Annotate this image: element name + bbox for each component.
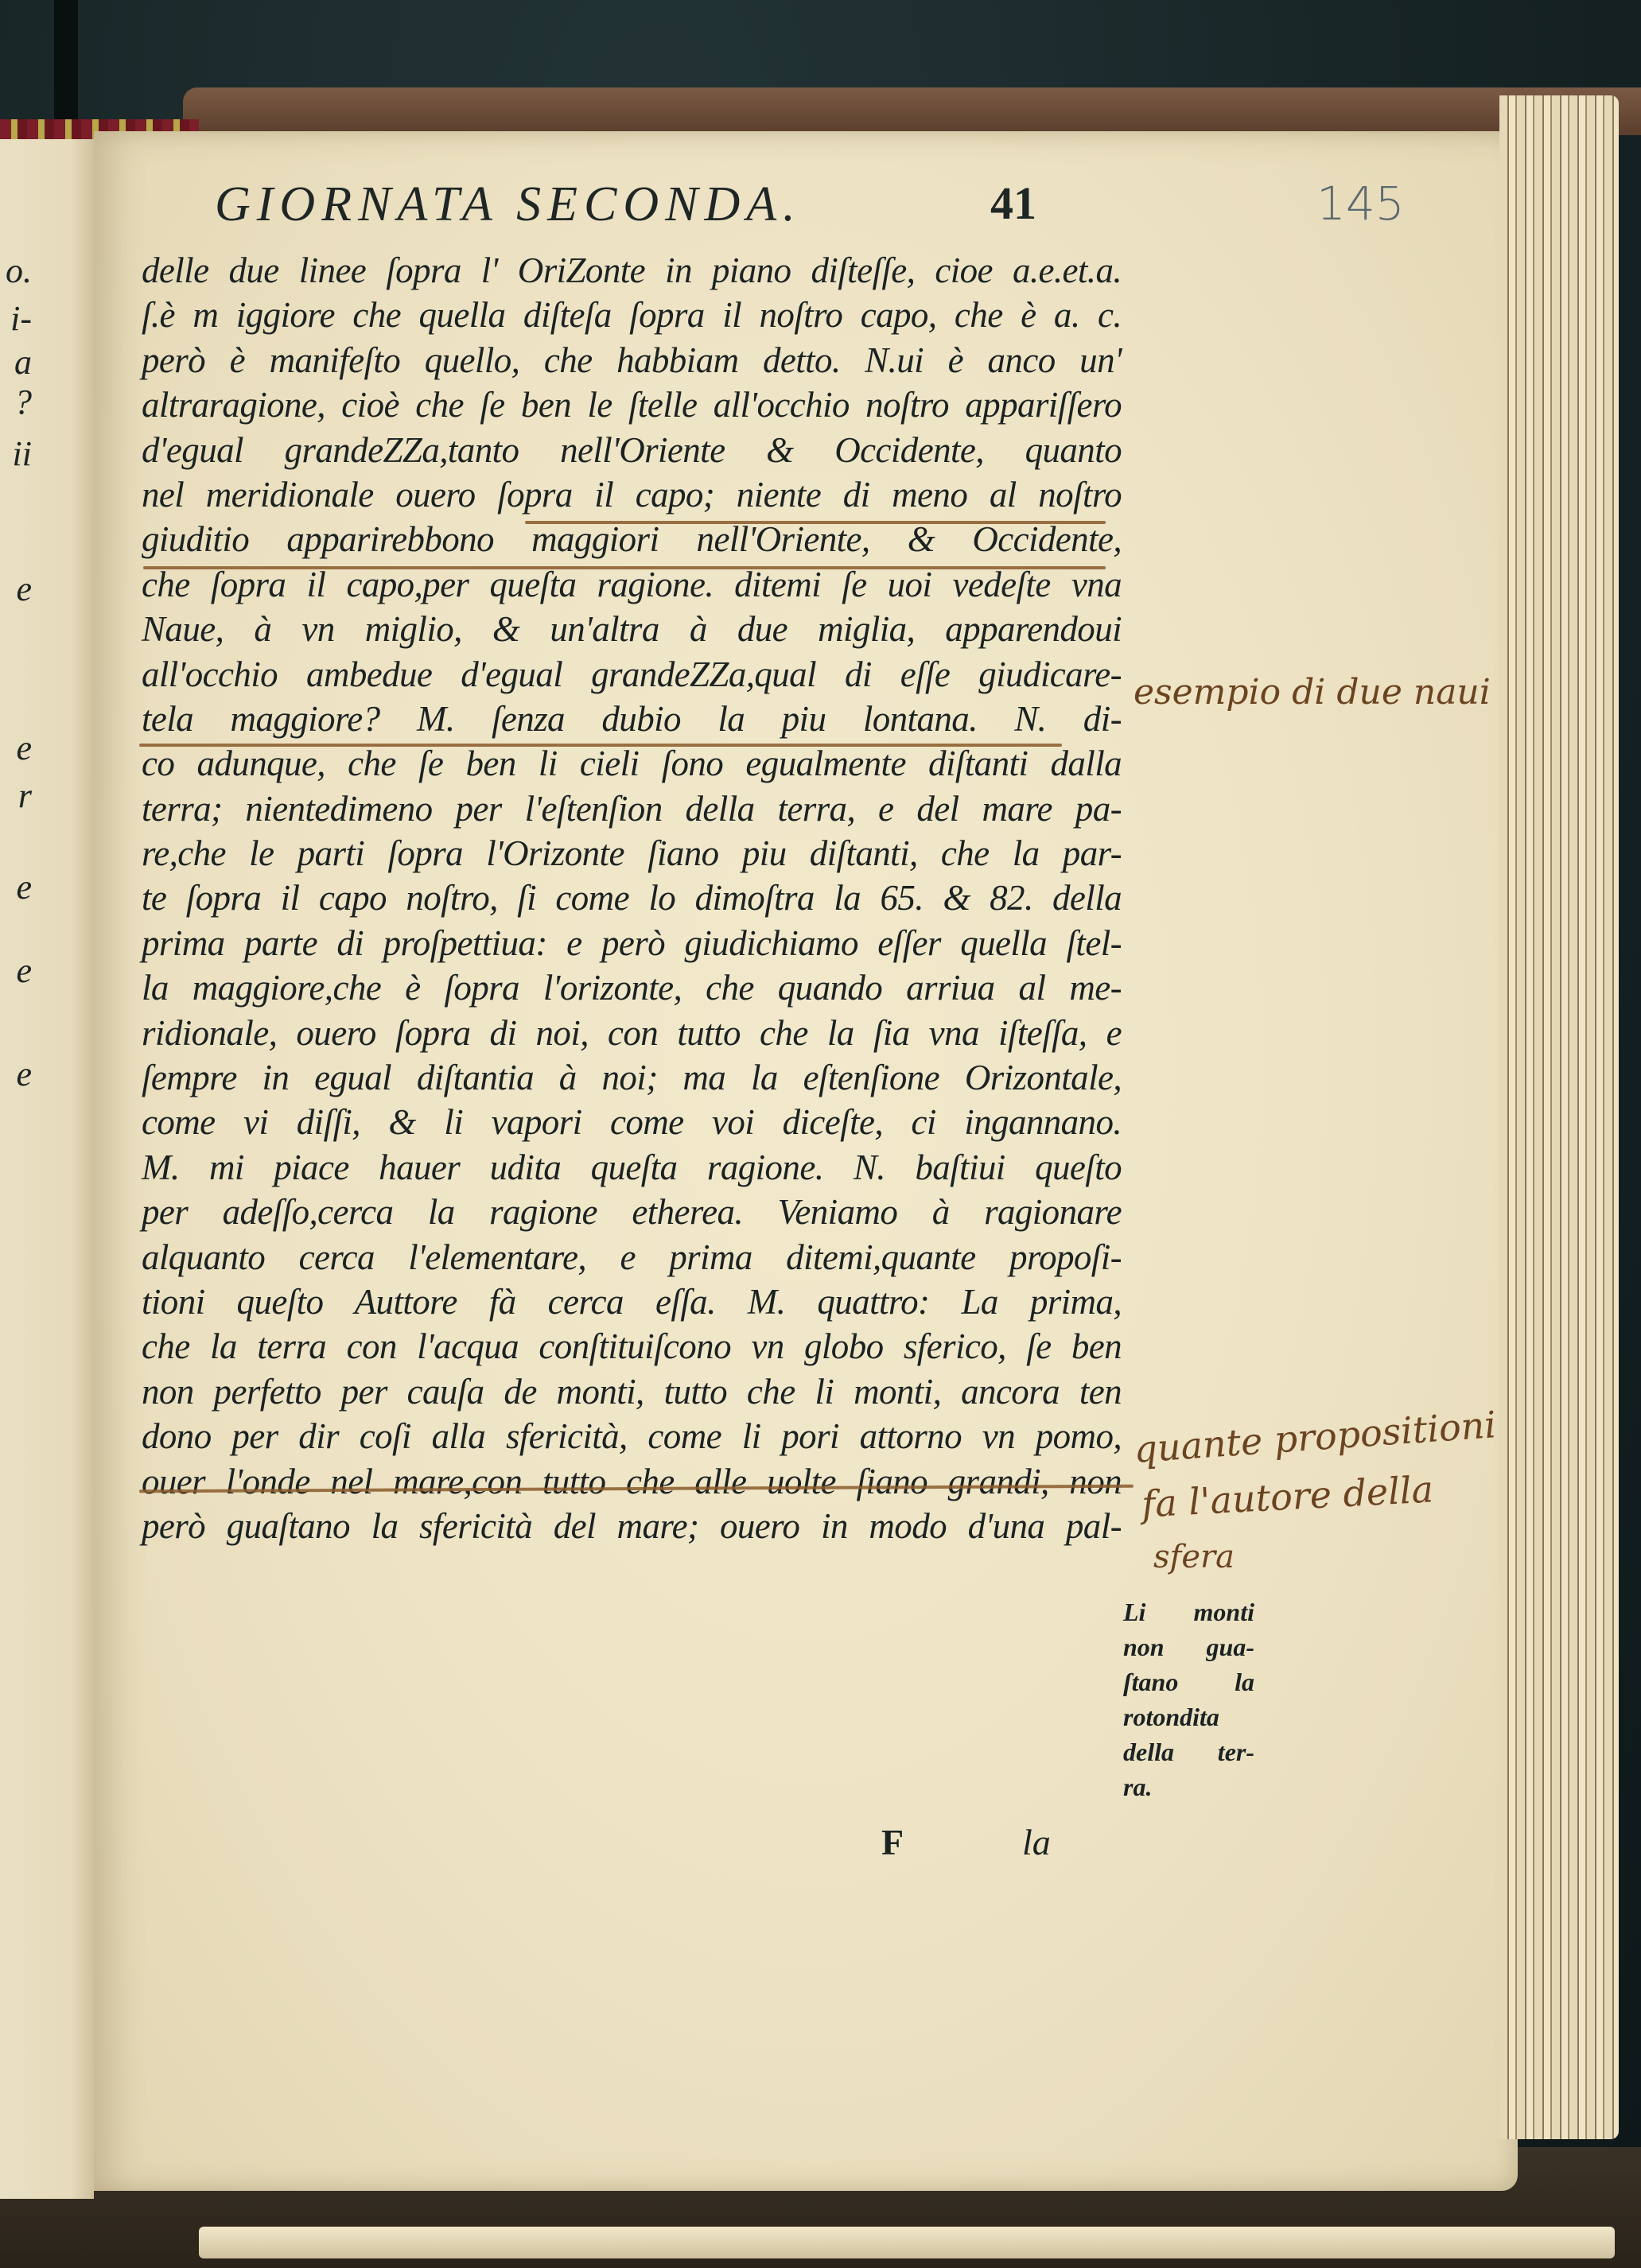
left-fragment: e — [0, 569, 32, 609]
gloss-line: della ter- — [1123, 1734, 1254, 1769]
gloss-line: rotondita — [1123, 1699, 1254, 1734]
text-line: però è manifeſto quello, che habbiam det… — [142, 338, 1122, 383]
text-line: però guaſtano la sfericità del mare; oue… — [142, 1504, 1122, 1548]
text-line: delle due linee ſopra l' OriZonte in pia… — [142, 248, 1122, 293]
left-fragment: i- — [0, 298, 32, 339]
text-line: te ſopra il capo noſtro, ſi come lo dimo… — [142, 876, 1122, 920]
body-text: delle due linee ſopra l' OriZonte in pia… — [142, 248, 1122, 1548]
text-line: nel meridionale ouero ſopra il capo; nie… — [142, 472, 1122, 517]
lower-leaves — [199, 2227, 1615, 2258]
left-fragment: a — [0, 342, 32, 383]
text-line: Naue, à vn miglio, & un'altra à due migl… — [142, 607, 1122, 651]
manuscript-folio-number: 145 — [1316, 177, 1405, 231]
text-line: ſ.è m iggiore che quella diſteſa ſopra i… — [142, 293, 1122, 337]
text-line: ouer l'onde nel mare,con tutto che alle … — [142, 1459, 1122, 1504]
text-line: terra; nientedimeno per l'eſtenſion dell… — [142, 786, 1122, 831]
left-fragment: e — [0, 950, 32, 991]
text-line: che la terra con l'acqua conſtituiſcono … — [142, 1324, 1122, 1369]
text-line: non perfetto per cauſa de monti, tutto c… — [142, 1369, 1122, 1414]
text-line: M. mi piace hauer udita queſta ragione. … — [142, 1145, 1122, 1190]
left-fragment: e — [0, 728, 32, 768]
text-line: come vi diſſi, & li vapori come voi dice… — [142, 1100, 1122, 1144]
gloss-line: ra. — [1123, 1769, 1254, 1804]
printed-marginal-gloss: Li monti non gua- ſtano la rotondita del… — [1123, 1594, 1254, 1804]
text-line: tioni queſto Auttore fà cerca eſſa. M. q… — [142, 1280, 1122, 1324]
left-fragment: ? — [0, 382, 32, 422]
text-line: ridionale, ouero ſopra di noi, con tutto… — [142, 1011, 1122, 1055]
text-line: tela maggiore? M. ſenza dubio la piu lon… — [142, 697, 1122, 741]
text-line: d'egual grandeZZa,tanto nell'Oriente & O… — [142, 428, 1122, 472]
page-number: 41 — [990, 177, 1036, 230]
text-line: alquanto cerca l'elementare, e prima dit… — [142, 1235, 1122, 1280]
text-line: all'occhio ambedue d'egual grandeZZa,qua… — [142, 652, 1122, 697]
text-line: ſempre in egual diſtantia à noi; ma la e… — [142, 1055, 1122, 1100]
fore-edge-leaves — [1499, 95, 1619, 2139]
left-fragment: e — [0, 867, 32, 907]
text-line: la maggiore,che è ſopra l'orizonte, che … — [142, 965, 1122, 1010]
signature-mark: F — [881, 1821, 904, 1863]
gloss-line: ſtano la — [1123, 1664, 1254, 1699]
text-line: dono per dir coſi alla sfericità, come l… — [142, 1414, 1122, 1458]
binding-cover-edge — [183, 87, 1641, 135]
spine-shadow — [54, 0, 78, 119]
marginal-note-handwritten: esempio di due naui — [1134, 672, 1491, 713]
left-page-verso: o. i- a ? ii e e r e e e — [0, 139, 96, 2199]
text-line: co adunque, che ſe ben li cieli ſono egu… — [142, 741, 1122, 786]
ink-underline — [143, 566, 1106, 569]
text-line: altraragione, cioè che ſe ben le ſtelle … — [142, 383, 1122, 427]
ink-underline — [525, 521, 1106, 524]
gloss-line: Li monti — [1123, 1594, 1254, 1629]
left-fragment: e — [0, 1054, 32, 1094]
left-fragment: o. — [0, 250, 32, 291]
marginal-note-handwritten: sfera — [1153, 1539, 1235, 1575]
text-line: per adeſſo,cerca la ragione etherea. Ven… — [142, 1190, 1122, 1234]
catchword: la — [1022, 1821, 1051, 1863]
left-fragment: r — [0, 775, 32, 816]
text-line: prima parte di proſpettiua: e però giudi… — [142, 921, 1122, 965]
ink-underline — [139, 744, 1062, 747]
text-line: re,che le parti ſopra l'Orizonte ſiano p… — [142, 831, 1122, 876]
left-fragment: ii — [0, 433, 32, 474]
running-head: GIORNATA SECONDA. — [215, 177, 1090, 240]
gloss-line: non gua- — [1123, 1629, 1254, 1664]
